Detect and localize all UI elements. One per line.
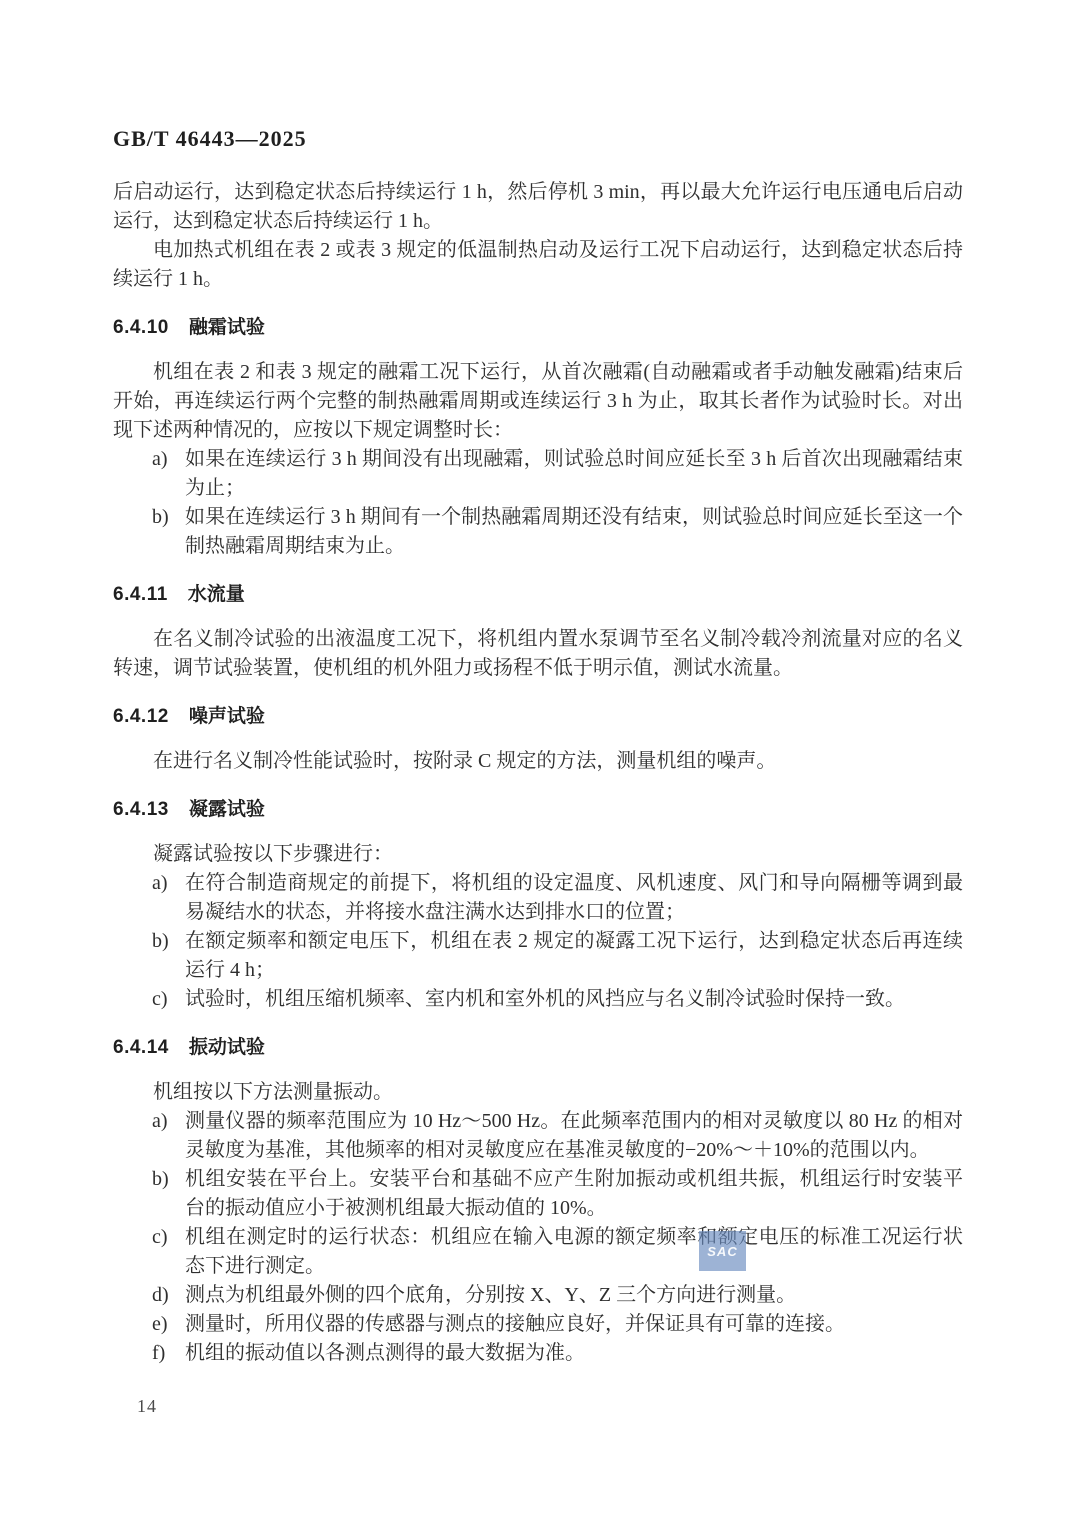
list-item: b)在额定频率和额定电压下，机组在表 2 规定的凝露工况下运行，达到稳定状态后再… (113, 927, 963, 985)
list-item-text: 测点为机组最外侧的四个底角，分别按 X、Y、Z 三个方向进行测量。 (185, 1284, 796, 1306)
section-number: 6.4.14 (113, 1036, 169, 1060)
list-item-label: e) (152, 1310, 182, 1339)
paragraph: 电加热式机组在表 2 或表 3 规定的低温制热启动及运行工况下启动运行，达到稳定… (113, 236, 963, 294)
paragraph: 后启动运行，达到稳定状态后持续运行 1 h，然后停机 3 min，再以最大允许运… (113, 178, 963, 236)
list-item-text: 如果在连续运行 3 h 期间没有出现融霜，则试验总时间应延长至 3 h 后首次出… (185, 448, 963, 499)
list-item: d)测点为机组最外侧的四个底角，分别按 X、Y、Z 三个方向进行测量。 (113, 1281, 963, 1310)
list-item: a)如果在连续运行 3 h 期间没有出现融霜，则试验总时间应延长至 3 h 后首… (113, 445, 963, 503)
list-item-label: b) (152, 927, 182, 956)
section-title: 水流量 (188, 584, 245, 605)
list-item-text: 机组的振动值以各测点测得的最大数据为准。 (185, 1342, 585, 1364)
list-item: b)机组安装在平台上。安装平台和基础不应产生附加振动或机组共振，机组运行时安装平… (113, 1165, 963, 1223)
list-item-text: 测量仪器的频率范围应为 10 Hz～500 Hz。在此频率范围内的相对灵敏度以 … (185, 1110, 963, 1161)
list-item-label: a) (152, 869, 182, 898)
section-heading: 6.4.11水流量 (113, 583, 963, 607)
list-item-label: b) (152, 1165, 182, 1194)
document-body: 后启动运行，达到稳定状态后持续运行 1 h，然后停机 3 min，再以最大允许运… (113, 178, 963, 1368)
list-item-text: 如果在连续运行 3 h 期间有一个制热融霜周期还没有结束，则试验总时间应延长至这… (185, 506, 963, 557)
list-item: f)机组的振动值以各测点测得的最大数据为准。 (113, 1339, 963, 1368)
section-number: 6.4.13 (113, 798, 169, 822)
section-number: 6.4.11 (113, 583, 168, 607)
list-item-label: c) (152, 1223, 182, 1252)
list-item-text: 在符合制造商规定的前提下，将机组的设定温度、风机速度、风门和导向隔栅等调到最易凝… (185, 872, 963, 923)
section-number: 6.4.12 (113, 705, 169, 729)
standard-number-header: GB/T 46443—2025 (113, 126, 307, 152)
list-item-label: a) (152, 1107, 182, 1136)
paragraph: 凝露试验按以下步骤进行： (113, 840, 963, 869)
section-heading: 6.4.12噪声试验 (113, 705, 963, 729)
list-item-text: 试验时，机组压缩机频率、室内机和室外机的风挡应与名义制冷试验时保持一致。 (185, 988, 905, 1010)
page-number: 14 (137, 1396, 157, 1417)
paragraph: 在进行名义制冷性能试验时，按附录 C 规定的方法，测量机组的噪声。 (113, 747, 963, 776)
section-title: 凝露试验 (189, 799, 265, 820)
list-item-text: 测量时，所用仪器的传感器与测点的接触应良好，并保证具有可靠的连接。 (185, 1313, 845, 1335)
list-item-label: b) (152, 503, 182, 532)
section-heading: 6.4.14振动试验 (113, 1036, 963, 1060)
paragraph: 机组在表 2 和表 3 规定的融霜工况下运行，从首次融霜(自动融霜或者手动触发融… (113, 358, 963, 445)
list-item-label: f) (152, 1339, 182, 1368)
list-item-text: 机组安装在平台上。安装平台和基础不应产生附加振动或机组共振，机组运行时安装平台的… (185, 1168, 963, 1219)
list-item-label: d) (152, 1281, 182, 1310)
paragraph: 机组按以下方法测量振动。 (113, 1078, 963, 1107)
section-heading: 6.4.13凝露试验 (113, 798, 963, 822)
list-item: b)如果在连续运行 3 h 期间有一个制热融霜周期还没有结束，则试验总时间应延长… (113, 503, 963, 561)
list-item-label: a) (152, 445, 182, 474)
paragraph: 在名义制冷试验的出液温度工况下，将机组内置水泵调节至名义制冷载冷剂流量对应的名义… (113, 625, 963, 683)
section-title: 融霜试验 (189, 317, 265, 338)
list-item-text: 机组在测定时的运行状态：机组应在输入电源的额定频率和额定电压的标准工况运行状态下… (185, 1226, 963, 1277)
list-item: a)在符合制造商规定的前提下，将机组的设定温度、风机速度、风门和导向隔栅等调到最… (113, 869, 963, 927)
document-page: GB/T 46443—2025 后启动运行，达到稳定状态后持续运行 1 h，然后… (0, 0, 1080, 1527)
list-item: a)测量仪器的频率范围应为 10 Hz～500 Hz。在此频率范围内的相对灵敏度… (113, 1107, 963, 1165)
list-item: c)机组在测定时的运行状态：机组应在输入电源的额定频率和额定电压的标准工况运行状… (113, 1223, 963, 1281)
section-title: 噪声试验 (189, 706, 265, 727)
section-title: 振动试验 (189, 1037, 265, 1058)
list-item-label: c) (152, 985, 182, 1014)
list-item: c)试验时，机组压缩机频率、室内机和室外机的风挡应与名义制冷试验时保持一致。 (113, 985, 963, 1014)
list-item: e)测量时，所用仪器的传感器与测点的接触应良好，并保证具有可靠的连接。 (113, 1310, 963, 1339)
section-number: 6.4.10 (113, 316, 169, 340)
section-heading: 6.4.10融霜试验 (113, 316, 963, 340)
list-item-text: 在额定频率和额定电压下，机组在表 2 规定的凝露工况下运行，达到稳定状态后再连续… (185, 930, 963, 981)
